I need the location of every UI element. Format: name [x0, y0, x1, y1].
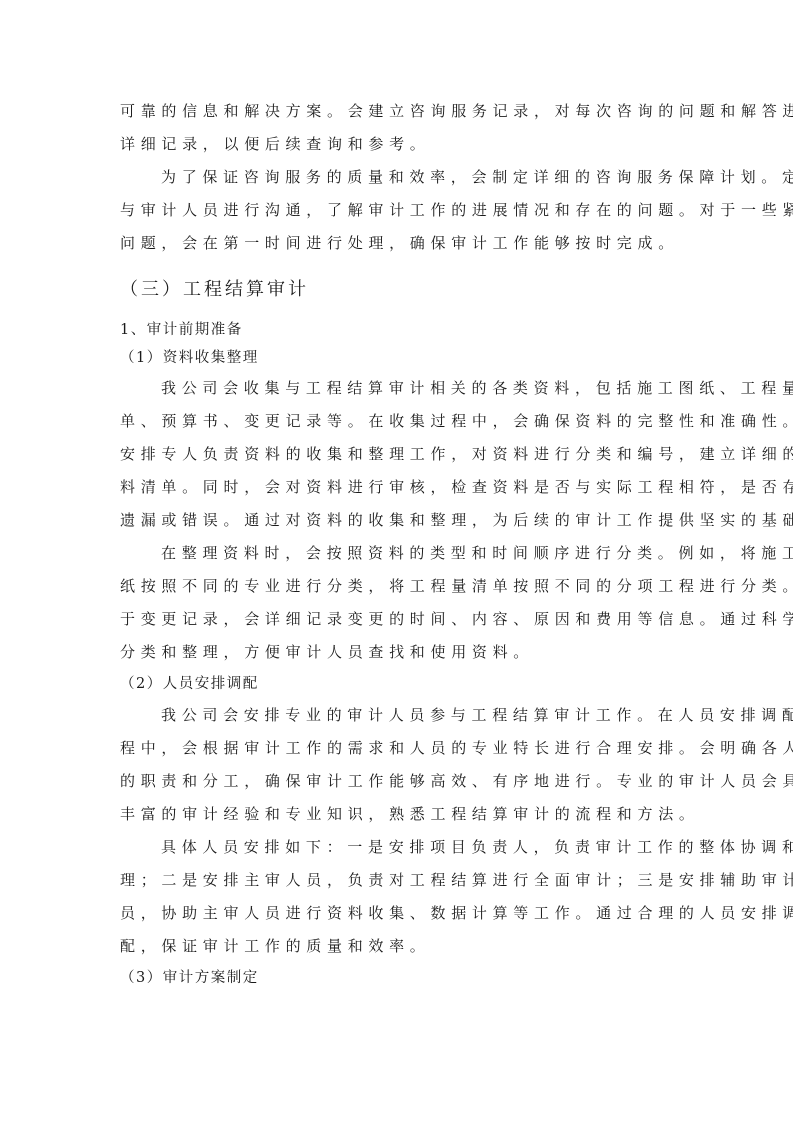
text-line: 遗漏或错误。通过对资料的收集和整理，为后续的审计工作提供坚实的基础。	[120, 504, 662, 537]
text-line: 可靠的信息和解决方案。会建立咨询服务记录，对每次咨询的问题和解答进行	[120, 95, 662, 128]
text-line: 与审计人员进行沟通，了解审计工作的进展情况和存在的问题。对于一些紧急	[120, 194, 662, 227]
text-line: 配，保证审计工作的质量和效率。	[120, 930, 662, 963]
text-line: 我公司会安排专业的审计人员参与工程结算审计工作。在人员安排调配过	[120, 699, 662, 732]
item-heading: （2）人员安排调配	[120, 669, 662, 699]
text-line: 程中，会根据审计工作的需求和人员的专业特长进行合理安排。会明确各人员	[120, 732, 662, 765]
text-line: 为了保证咨询服务的质量和效率，会制定详细的咨询服务保障计划。定期	[120, 161, 662, 194]
item-heading: （3）审计方案制定	[120, 963, 662, 993]
paragraph-service-guarantee: 为了保证咨询服务的质量和效率，会制定详细的咨询服务保障计划。定期 与审计人员进行…	[120, 161, 662, 260]
text-line: 分类和整理，方便审计人员查找和使用资料。	[120, 636, 662, 669]
text-line: 我公司会收集与工程结算审计相关的各类资料，包括施工图纸、工程量清	[120, 372, 662, 405]
paragraph-data-classification: 在整理资料时，会按照资料的类型和时间顺序进行分类。例如，将施工图 纸按照不同的专…	[120, 537, 662, 669]
subsection-heading: 1、审计前期准备	[120, 316, 662, 344]
text-line: 在整理资料时，会按照资料的类型和时间顺序进行分类。例如，将施工图	[120, 537, 662, 570]
text-line: 于变更记录，会详细记录变更的时间、内容、原因和费用等信息。通过科学的	[120, 603, 662, 636]
paragraph-staff-details: 具体人员安排如下：一是安排项目负责人，负责审计工作的整体协调和管 理；二是安排主…	[120, 831, 662, 963]
text-line: 的职责和分工，确保审计工作能够高效、有序地进行。专业的审计人员会具备	[120, 765, 662, 798]
text-line: 理；二是安排主审人员，负责对工程结算进行全面审计；三是安排辅助审计人	[120, 864, 662, 897]
section-heading: （三）工程结算审计	[120, 272, 662, 308]
text-line: 员，协助主审人员进行资料收集、数据计算等工作。通过合理的人员安排调	[120, 897, 662, 930]
paragraph-consulting-records: 可靠的信息和解决方案。会建立咨询服务记录，对每次咨询的问题和解答进行 详细记录，…	[120, 95, 662, 161]
text-line: 详细记录，以便后续查询和参考。	[120, 128, 662, 161]
text-line: 问题，会在第一时间进行处理，确保审计工作能够按时完成。	[120, 227, 662, 260]
text-line: 丰富的审计经验和专业知识，熟悉工程结算审计的流程和方法。	[120, 798, 662, 831]
text-line: 单、预算书、变更记录等。在收集过程中，会确保资料的完整性和准确性。会	[120, 405, 662, 438]
paragraph-staff-allocation: 我公司会安排专业的审计人员参与工程结算审计工作。在人员安排调配过 程中，会根据审…	[120, 699, 662, 831]
text-line: 具体人员安排如下：一是安排项目负责人，负责审计工作的整体协调和管	[120, 831, 662, 864]
text-line: 纸按照不同的专业进行分类，将工程量清单按照不同的分项工程进行分类。对	[120, 570, 662, 603]
document-page: 可靠的信息和解决方案。会建立咨询服务记录，对每次咨询的问题和解答进行 详细记录，…	[120, 95, 662, 993]
item-heading: （1）资料收集整理	[120, 344, 662, 372]
text-line: 料清单。同时，会对资料进行审核，检查资料是否与实际工程相符，是否存在	[120, 471, 662, 504]
text-line: 安排专人负责资料的收集和整理工作，对资料进行分类和编号，建立详细的资	[120, 438, 662, 471]
paragraph-data-collection: 我公司会收集与工程结算审计相关的各类资料，包括施工图纸、工程量清 单、预算书、变…	[120, 372, 662, 537]
